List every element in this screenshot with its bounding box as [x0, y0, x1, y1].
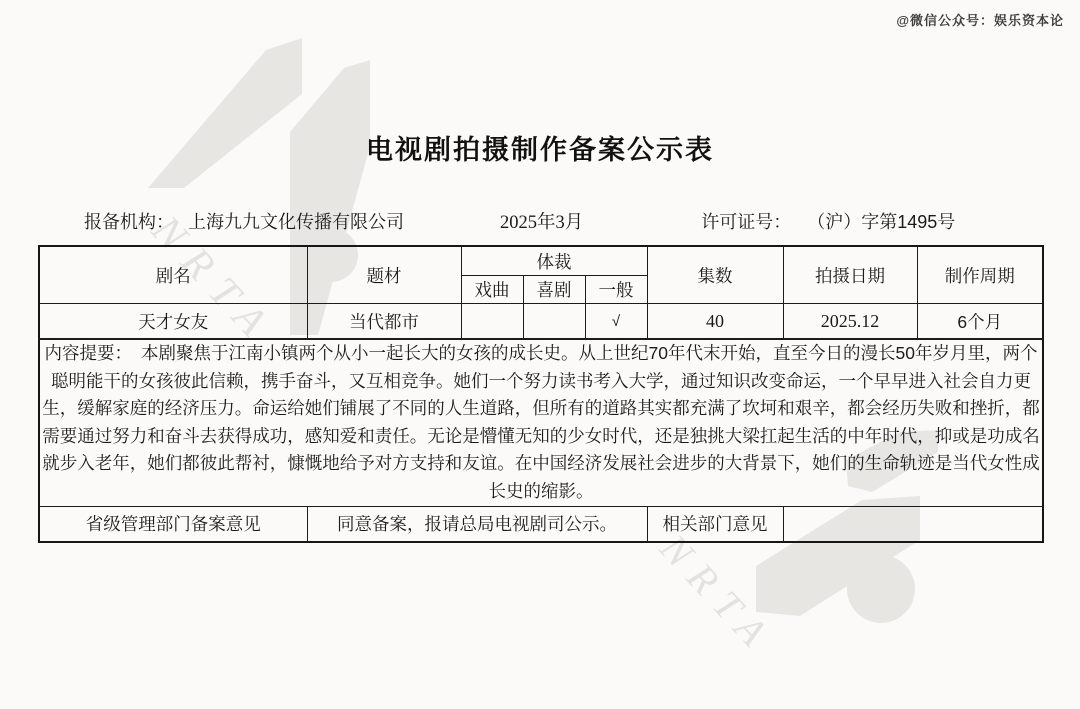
header-genre-general: 一般 [585, 276, 647, 304]
header-genre: 体裁 [461, 246, 647, 276]
related-dept-label: 相关部门意见 [647, 506, 783, 542]
record-date: 2025年3月 [500, 208, 583, 234]
synopsis-cell: 内容提要：本剧聚焦于江南小镇两个从小一起长大的女孩的成长史。从上世纪70年代末开… [39, 339, 1043, 506]
cell-genre-comedy [523, 304, 585, 340]
cell-subject: 当代都市 [307, 304, 461, 340]
synopsis-text: 本剧聚焦于江南小镇两个从小一起长大的女孩的成长史。从上世纪70年代末开始，直至今… [42, 343, 1040, 501]
header-subject: 题材 [307, 246, 461, 304]
cell-genre-general-checkmark: √ [585, 304, 647, 340]
header-genre-comedy: 喜剧 [523, 276, 585, 304]
license-value: （沪）字第1495号 [807, 208, 955, 234]
header-episodes: 集数 [647, 246, 783, 304]
header-production-cycle: 制作周期 [917, 246, 1043, 304]
nrta-dot-icon [847, 555, 915, 623]
opinions-row: 省级管理部门备案意见 同意备案，报请总局电视剧司公示。 相关部门意见 [39, 506, 1043, 542]
info-row: 报备机构： 上海九九文化传播有限公司 2025年3月 许可证号： （沪）字第14… [38, 208, 1042, 234]
agency-label: 报备机构： [84, 208, 174, 234]
cell-genre-opera [461, 304, 523, 340]
cell-shoot-date: 2025.12 [783, 304, 917, 340]
license-label: 许可证号： [701, 208, 791, 234]
wechat-credit: @微信公众号：娱乐资本论 [896, 10, 1064, 29]
header-row-top: 剧名 题材 体裁 集数 拍摄日期 制作周期 [39, 246, 1043, 276]
header-drama-name: 剧名 [39, 246, 307, 304]
related-dept-value [783, 506, 1043, 542]
nrta-letters-bottom: NRTA [651, 525, 785, 664]
cell-production-cycle: 6个月 [917, 304, 1043, 340]
document-page: @微信公众号：娱乐资本论 电视剧拍摄制作备案公示表 报备机构： 上海九九文化传播… [0, 0, 1080, 543]
record-table: 剧名 题材 体裁 集数 拍摄日期 制作周期 戏曲 喜剧 一般 天才女友 当代都市… [38, 245, 1044, 543]
cell-episodes: 40 [647, 304, 783, 340]
drama-data-row: 天才女友 当代都市 √ 40 2025.12 6个月 [39, 304, 1043, 340]
header-shoot-date: 拍摄日期 [783, 246, 917, 304]
cell-drama-name: 天才女友 [39, 304, 307, 340]
header-genre-opera: 戏曲 [461, 276, 523, 304]
provincial-opinion-label: 省级管理部门备案意见 [39, 506, 307, 542]
synopsis-row: 内容提要：本剧聚焦于江南小镇两个从小一起长大的女孩的成长史。从上世纪70年代末开… [39, 339, 1043, 506]
synopsis-label: 内容提要： [45, 343, 133, 363]
provincial-opinion-value: 同意备案，报请总局电视剧司公示。 [307, 506, 647, 542]
agency-value: 上海九九文化传播有限公司 [188, 208, 404, 234]
